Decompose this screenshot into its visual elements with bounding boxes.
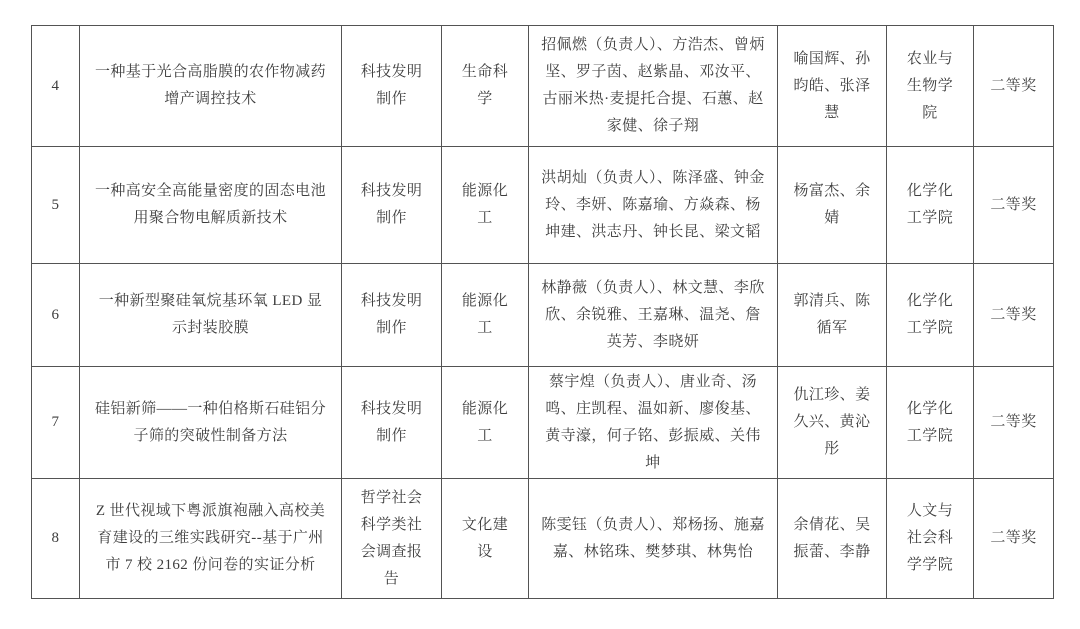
cell-row-number: 4 — [32, 26, 80, 147]
cell-team-members: 陈雯钰（负责人）、郑杨扬、施嘉嘉、林铭珠、樊梦琪、林隽怡 — [529, 479, 778, 599]
cell-award-level: 二等奖 — [974, 147, 1054, 264]
cell-row-number: 6 — [32, 264, 80, 367]
cell-advisors: 余倩花、吴振蕾、李静 — [778, 479, 887, 599]
cell-row-number: 7 — [32, 367, 80, 479]
table-row: 5 一种高安全高能量密度的固态电池用聚合物电解质新技术 科技发明制作 能源化工 … — [32, 147, 1054, 264]
cell-award-level: 二等奖 — [974, 367, 1054, 479]
cell-team-members: 洪胡灿（负责人）、陈泽盛、钟金玲、李妍、陈嘉瑜、方焱森、杨坤建、洪志丹、钟长昆、… — [529, 147, 778, 264]
cell-college: 农业与生物学院 — [887, 26, 974, 147]
table-row: 8 Z 世代视域下粤派旗袍融入高校美育建设的三维实践研究--基于广州市 7 校 … — [32, 479, 1054, 599]
cell-category: 科技发明制作 — [342, 26, 442, 147]
cell-field: 生命科学 — [442, 26, 529, 147]
cell-award-level: 二等奖 — [974, 26, 1054, 147]
cell-project-title: 一种新型聚硅氧烷基环氧 LED 显示封装胶膜 — [80, 264, 342, 367]
cell-field: 文化建设 — [442, 479, 529, 599]
cell-category: 科技发明制作 — [342, 264, 442, 367]
table-row: 7 硅铝新筛——一种伯格斯石硅铝分子筛的突破性制备方法 科技发明制作 能源化工 … — [32, 367, 1054, 479]
cell-advisors: 杨富杰、余婧 — [778, 147, 887, 264]
cell-field: 能源化工 — [442, 147, 529, 264]
cell-college: 化学化工学院 — [887, 264, 974, 367]
cell-college: 人文与社会科学学院 — [887, 479, 974, 599]
award-table: 4 一种基于光合高脂膜的农作物减药增产调控技术 科技发明制作 生命科学 招佩燃（… — [31, 25, 1054, 599]
cell-row-number: 8 — [32, 479, 80, 599]
cell-award-level: 二等奖 — [974, 264, 1054, 367]
cell-category: 科技发明制作 — [342, 367, 442, 479]
table-row: 6 一种新型聚硅氧烷基环氧 LED 显示封装胶膜 科技发明制作 能源化工 林静薇… — [32, 264, 1054, 367]
cell-row-number: 5 — [32, 147, 80, 264]
cell-field: 能源化工 — [442, 367, 529, 479]
cell-category: 哲学社会科学类社会调查报告 — [342, 479, 442, 599]
cell-field: 能源化工 — [442, 264, 529, 367]
cell-award-level: 二等奖 — [974, 479, 1054, 599]
cell-category: 科技发明制作 — [342, 147, 442, 264]
cell-project-title: 硅铝新筛——一种伯格斯石硅铝分子筛的突破性制备方法 — [80, 367, 342, 479]
table-row: 4 一种基于光合高脂膜的农作物减药增产调控技术 科技发明制作 生命科学 招佩燃（… — [32, 26, 1054, 147]
document-page: 4 一种基于光合高脂膜的农作物减药增产调控技术 科技发明制作 生命科学 招佩燃（… — [0, 0, 1080, 629]
cell-project-title: 一种高安全高能量密度的固态电池用聚合物电解质新技术 — [80, 147, 342, 264]
cell-team-members: 招佩燃（负责人）、方浩杰、曾炳坚、罗子茵、赵紫晶、邓汝平、古丽米热·麦提托合提、… — [529, 26, 778, 147]
cell-project-title: 一种基于光合高脂膜的农作物减药增产调控技术 — [80, 26, 342, 147]
cell-advisors: 郭清兵、陈循军 — [778, 264, 887, 367]
cell-advisors: 仇江珍、姜久兴、黄沁彤 — [778, 367, 887, 479]
cell-advisors: 喻国辉、孙昀皓、张泽慧 — [778, 26, 887, 147]
cell-college: 化学化工学院 — [887, 367, 974, 479]
cell-college: 化学化工学院 — [887, 147, 974, 264]
cell-team-members: 林静薇（负责人）、林文慧、李欣欣、余锐雅、王嘉琳、温尧、詹英芳、李晓妍 — [529, 264, 778, 367]
cell-team-members: 蔡宇煌（负责人）、唐业奇、汤鸣、庄凯程、温如新、廖俊基、黄寺濠，何子铭、彭振威、… — [529, 367, 778, 479]
cell-project-title: Z 世代视域下粤派旗袍融入高校美育建设的三维实践研究--基于广州市 7 校 21… — [80, 479, 342, 599]
